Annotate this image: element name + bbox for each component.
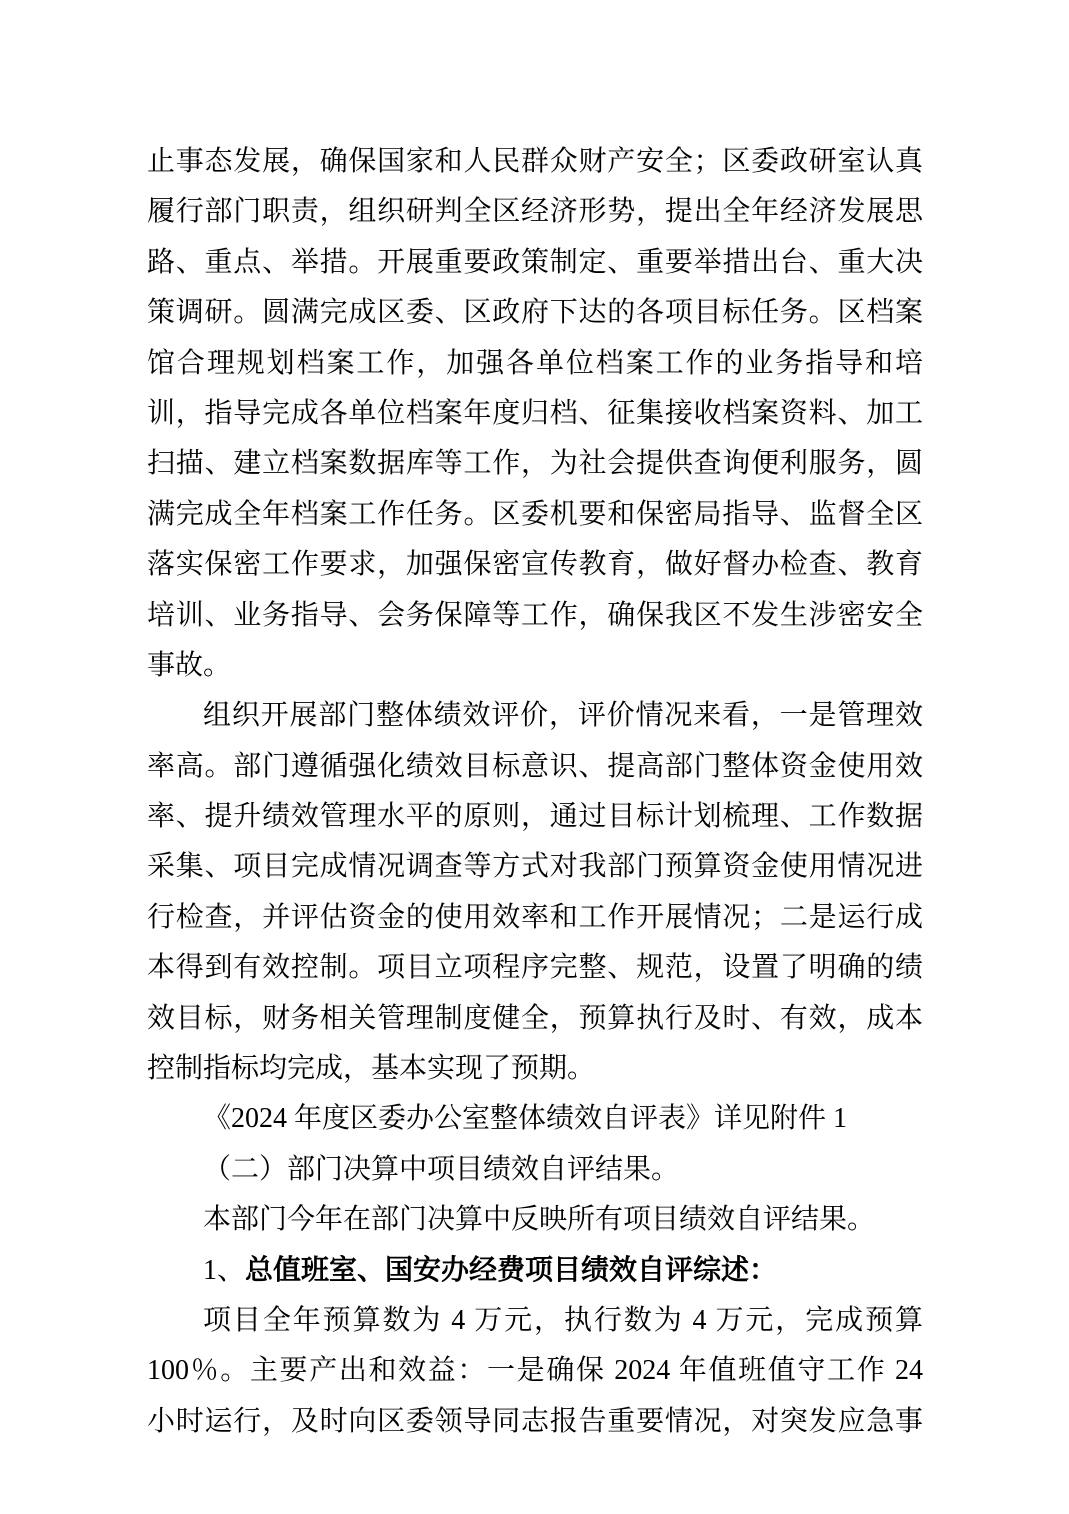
body-text: 路、重点、举措。开展重要政策制定、重要举措出台、重大决 (147, 247, 923, 278)
text-line: 率高。部门遵循强化绩效目标意识、提高部门整体资金使用效 (147, 742, 923, 792)
text-line: 培训、业务指导、会务保障等工作，确保我区不发生涉密安全 (147, 591, 923, 641)
body-text: 馆合理规划档案工作，加强各单位档案工作的业务指导和培 (147, 348, 923, 379)
body-text: （二）部门决算中项目绩效自评结果。 (203, 1154, 679, 1185)
text-line: 项目全年预算数为 4 万元，执行数为 4 万元，完成预算 (147, 1296, 923, 1346)
body-text: 履行部门职责，组织研判全区经济形势，提出全年经济发展思 (147, 196, 923, 227)
body-text: 本部门今年在部门决算中反映所有项目绩效自评结果。 (203, 1204, 875, 1235)
document-page: 止事态发展，确保国家和人民群众财产安全；区委政研室认真履行部门职责，组织研判全区… (0, 0, 1069, 1514)
text-line: 控制指标均完成，基本实现了预期。 (147, 1044, 923, 1094)
text-line: 小时运行，及时向区委领导同志报告重要情况，对突发应急事 (147, 1397, 923, 1447)
text-line: 《2024 年度区委办公室整体绩效自评表》详见附件 1 (147, 1094, 923, 1144)
body-text: 培训、业务指导、会务保障等工作，确保我区不发生涉密安全 (147, 600, 923, 631)
text-line: 本得到有效控制。项目立项程序完整、规范，设置了明确的绩 (147, 943, 923, 993)
text-line: 本部门今年在部门决算中反映所有项目绩效自评结果。 (147, 1195, 923, 1245)
body-text: 100％。主要产出和效益：一是确保 2024 年值班值守工作 24 (147, 1355, 923, 1386)
text-line: 100％。主要产出和效益：一是确保 2024 年值班值守工作 24 (147, 1346, 923, 1396)
text-line: 履行部门职责，组织研判全区经济形势，提出全年经济发展思 (147, 187, 923, 237)
body-text: 满完成全年档案工作任务。区委机要和保密局指导、监督全区 (147, 499, 923, 530)
text-line: 训，指导完成各单位档案年度归档、征集接收档案资料、加工 (147, 389, 923, 439)
text-line: 效目标，财务相关管理制度健全，预算执行及时、有效，成本 (147, 994, 923, 1044)
document-text-block: 止事态发展，确保国家和人民群众财产安全；区委政研室认真履行部门职责，组织研判全区… (147, 137, 923, 1447)
text-line: 止事态发展，确保国家和人民群众财产安全；区委政研室认真 (147, 137, 923, 187)
text-line: （二）部门决算中项目绩效自评结果。 (147, 1145, 923, 1195)
body-text: 小时运行，及时向区委领导同志报告重要情况，对突发应急事 (147, 1406, 923, 1437)
text-line: 路、重点、举措。开展重要政策制定、重要举措出台、重大决 (147, 238, 923, 288)
bold-heading-text: 总值班室、国安办经费项目绩效自评综述： (245, 1255, 777, 1286)
body-text: 1、 (203, 1255, 245, 1286)
text-line: 采集、项目完成情况调查等方式对我部门预算资金使用情况进 (147, 842, 923, 892)
text-line: 满完成全年档案工作任务。区委机要和保密局指导、监督全区 (147, 490, 923, 540)
body-text: 项目全年预算数为 4 万元，执行数为 4 万元，完成预算 (203, 1305, 923, 1336)
text-line: 组织开展部门整体绩效评价，评价情况来看，一是管理效 (147, 691, 923, 741)
body-text: 控制指标均完成，基本实现了预期。 (147, 1053, 595, 1084)
text-line: 落实保密工作要求，加强保密宣传教育，做好督办检查、教育 (147, 540, 923, 590)
body-text: 采集、项目完成情况调查等方式对我部门预算资金使用情况进 (147, 851, 923, 882)
body-text: 组织开展部门整体绩效评价，评价情况来看，一是管理效 (203, 700, 923, 731)
body-text: 事故。 (147, 650, 231, 681)
body-text: 行检查，并评估资金的使用效率和工作开展情况；二是运行成 (147, 902, 923, 933)
text-line: 1、总值班室、国安办经费项目绩效自评综述： (147, 1246, 923, 1296)
body-text: 率高。部门遵循强化绩效目标意识、提高部门整体资金使用效 (147, 751, 923, 782)
body-text: 效目标，财务相关管理制度健全，预算执行及时、有效，成本 (147, 1003, 923, 1034)
body-text: 本得到有效控制。项目立项程序完整、规范，设置了明确的绩 (147, 952, 923, 983)
body-text: 止事态发展，确保国家和人民群众财产安全；区委政研室认真 (147, 146, 923, 177)
body-text: 《2024 年度区委办公室整体绩效自评表》详见附件 1 (203, 1103, 847, 1134)
text-line: 策调研。圆满完成区委、区政府下达的各项目标任务。区档案 (147, 288, 923, 338)
body-text: 训，指导完成各单位档案年度归档、征集接收档案资料、加工 (147, 398, 923, 429)
text-line: 扫描、建立档案数据库等工作，为社会提供查询便利服务，圆 (147, 439, 923, 489)
body-text: 策调研。圆满完成区委、区政府下达的各项目标任务。区档案 (147, 297, 923, 328)
text-line: 事故。 (147, 641, 923, 691)
body-text: 率、提升绩效管理水平的原则，通过目标计划梳理、工作数据 (147, 801, 923, 832)
body-text: 落实保密工作要求，加强保密宣传教育，做好督办检查、教育 (147, 549, 923, 580)
text-line: 馆合理规划档案工作，加强各单位档案工作的业务指导和培 (147, 339, 923, 389)
text-line: 率、提升绩效管理水平的原则，通过目标计划梳理、工作数据 (147, 792, 923, 842)
body-text: 扫描、建立档案数据库等工作，为社会提供查询便利服务，圆 (147, 448, 923, 479)
text-line: 行检查，并评估资金的使用效率和工作开展情况；二是运行成 (147, 893, 923, 943)
